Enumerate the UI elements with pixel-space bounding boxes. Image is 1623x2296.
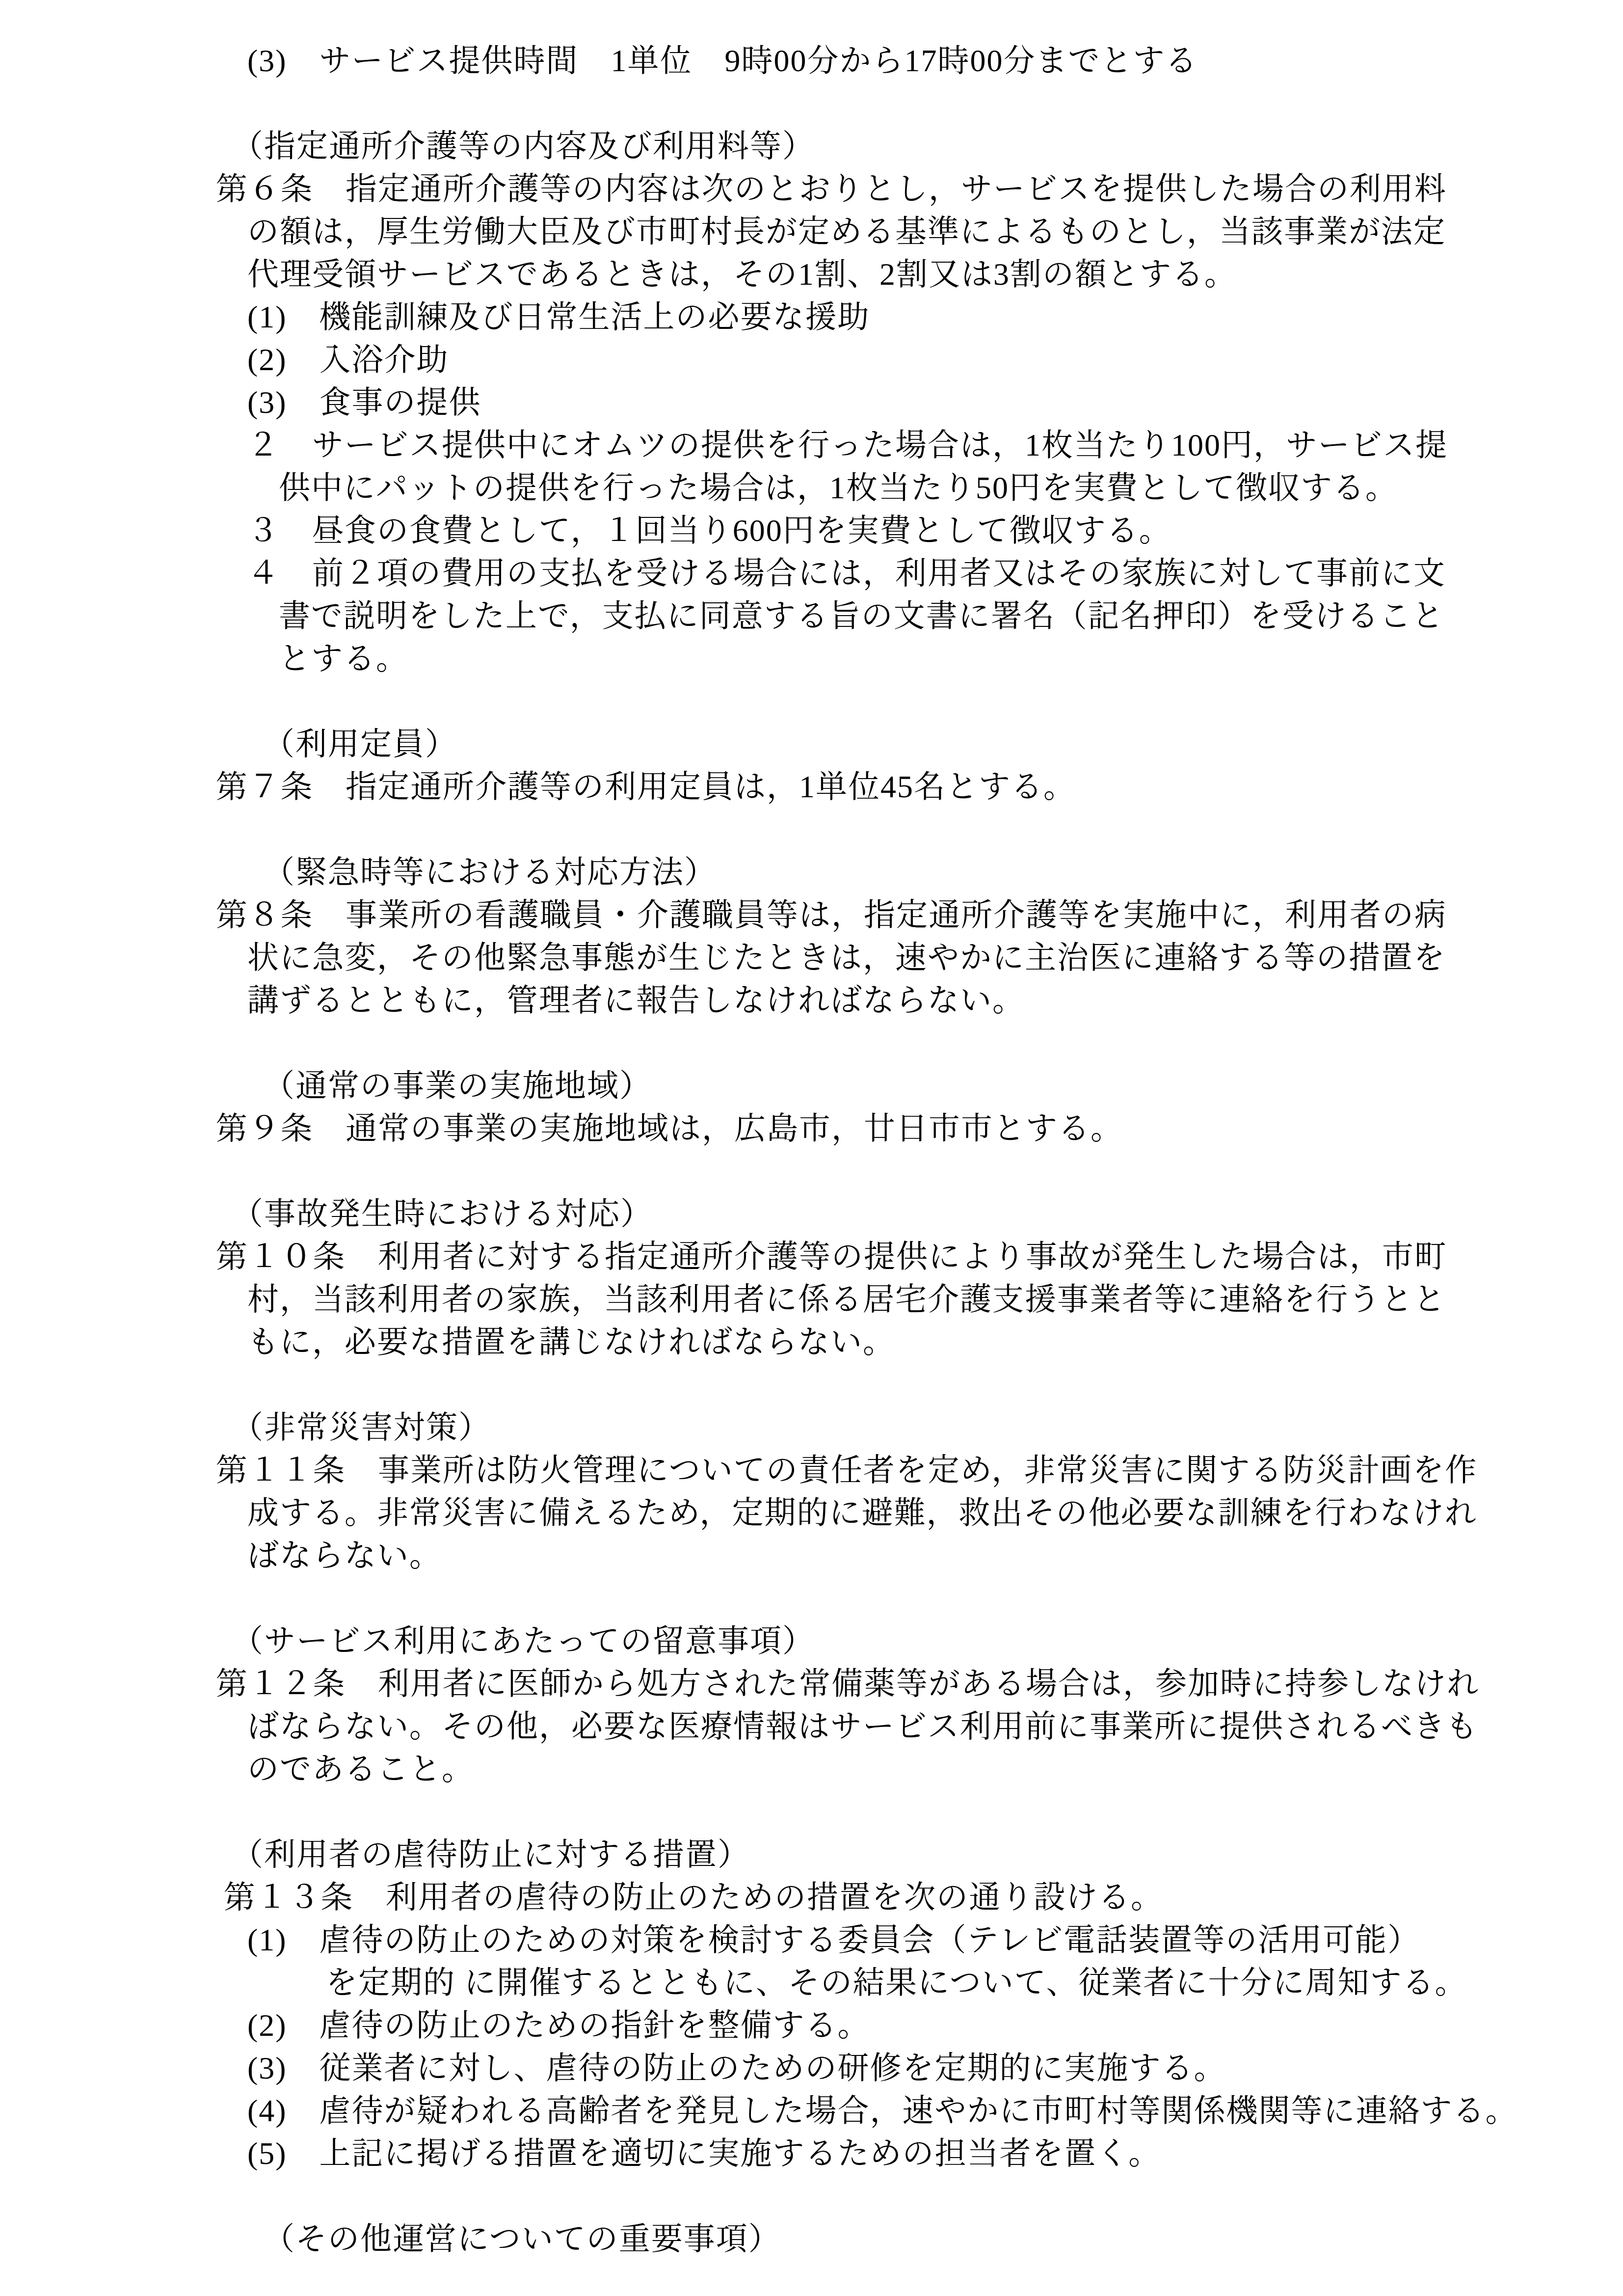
continuation-line: 村，当該利用者の家族，当該利用者に係る居宅介護支援事業者等に連絡を行うとと bbox=[216, 1278, 1481, 1321]
paragraph-3: ３ 昼食の食費として，１回当り600円を実費として徴収する。 bbox=[216, 509, 1481, 552]
blank-line bbox=[216, 1022, 1481, 1064]
article-line: 第６条 指定通所介護等の内容は次のとおりとし，サービスを提供した場合の利用料 bbox=[216, 167, 1481, 210]
document-body: (3) サービス提供時間 1単位 9時00分から17時00分までとする（指定通所… bbox=[216, 39, 1481, 2260]
list-item: (2) 入浴介助 bbox=[216, 338, 1481, 381]
blank-line bbox=[216, 1577, 1481, 1620]
continuation-line: もに，必要な措置を講じなければならない。 bbox=[216, 1321, 1481, 1363]
article-line: 第１２条 利用者に医師から処方された常備薬等がある場合は，参加時に持参しなけれ bbox=[216, 1662, 1481, 1705]
blank-line bbox=[216, 1150, 1481, 1192]
blank-line bbox=[216, 808, 1481, 851]
continuation-line: 講ずるとともに，管理者に報告しなければならない。 bbox=[216, 979, 1481, 1022]
continuation-line: ばならない。その他，必要な医療情報はサービス利用前に事業所に提供されるべきも bbox=[216, 1705, 1481, 1748]
list-item: (1) 虐待の防止のための対策を検討する委員会（テレビ電話装置等の活用可能） bbox=[216, 1918, 1481, 1961]
section-heading: （その他運営についての重要事項） bbox=[216, 2217, 1481, 2260]
blank-line bbox=[216, 82, 1481, 125]
paragraph-2: ２ サービス提供中にオムツの提供を行った場合は，1枚当たり100円，サービス提 bbox=[216, 424, 1481, 466]
list-item: (5) 上記に掲げる措置を適切に実施するための担当者を置く。 bbox=[216, 2132, 1481, 2175]
article-line: 第９条 通常の事業の実施地域は，広島市，廿日市市とする。 bbox=[216, 1107, 1481, 1150]
document-page: (3) サービス提供時間 1単位 9時00分から17時00分までとする（指定通所… bbox=[0, 0, 1623, 2296]
item-3-service-hours: (3) サービス提供時間 1単位 9時00分から17時00分までとする bbox=[216, 39, 1481, 82]
continuation-line: を定期的 に開催するとともに、その結果について、従業者に十分に周知する。 bbox=[216, 1961, 1481, 2004]
section-heading: （利用定員） bbox=[216, 723, 1481, 765]
blank-line bbox=[216, 680, 1481, 723]
continuation-line: ばならない。 bbox=[216, 1534, 1481, 1577]
section-heading: （事故発生時における対応） bbox=[216, 1192, 1481, 1235]
article-line: 第８条 事業所の看護職員・介護職員等は，指定通所介護等を実施中に，利用者の病 bbox=[216, 893, 1481, 936]
section-heading: （通常の事業の実施地域） bbox=[216, 1064, 1481, 1107]
section-heading: （サービス利用にあたっての留意事項） bbox=[216, 1620, 1481, 1662]
section-heading: （指定通所介護等の内容及び利用料等） bbox=[216, 125, 1481, 167]
continuation-line: の額は，厚生労働大臣及び市町村長が定める基準によるものとし，当該事業が法定 bbox=[216, 210, 1481, 253]
section-heading: （非常災害対策） bbox=[216, 1406, 1481, 1449]
blank-line bbox=[216, 1790, 1481, 1833]
article-line: 第１１条 事業所は防火管理についての責任者を定め，非常災害に関する防災計画を作 bbox=[216, 1449, 1481, 1491]
list-item: (3) 従業者に対し、虐待の防止のための研修を定期的に実施する。 bbox=[216, 2047, 1481, 2089]
continuation-line: 代理受領サービスであるときは，その1割、2割又は3割の額とする。 bbox=[216, 253, 1481, 296]
section-heading: （緊急時等における対応方法） bbox=[216, 851, 1481, 893]
continuation-line: とする。 bbox=[216, 637, 1481, 680]
section-heading: （利用者の虐待防止に対する措置） bbox=[216, 1833, 1481, 1876]
continuation-line: 供中にパットの提供を行った場合は，1枚当たり50円を実費として徴収する。 bbox=[216, 466, 1481, 509]
list-item: (2) 虐待の防止のための指針を整備する。 bbox=[216, 2004, 1481, 2047]
blank-line bbox=[216, 2175, 1481, 2217]
list-item: (1) 機能訓練及び日常生活上の必要な援助 bbox=[216, 296, 1481, 338]
continuation-line: 成する。非常災害に備えるため，定期的に避難，救出その他必要な訓練を行わなけれ bbox=[216, 1491, 1481, 1534]
list-item: (3) 食事の提供 bbox=[216, 381, 1481, 424]
paragraph-4: ４ 前２項の費用の支払を受ける場合には，利用者又はその家族に対して事前に文 bbox=[216, 552, 1481, 594]
list-item: (4) 虐待が疑われる高齢者を発見した場合，速やかに市町村等関係機関等に連絡する… bbox=[216, 2089, 1481, 2132]
blank-line bbox=[216, 1363, 1481, 1406]
continuation-line: のであること。 bbox=[216, 1748, 1481, 1790]
article-line: 第１３条 利用者の虐待の防止のための措置を次の通り設ける。 bbox=[216, 1876, 1481, 1918]
continuation-line: 状に急変，その他緊急事態が生じたときは，速やかに主治医に連絡する等の措置を bbox=[216, 936, 1481, 979]
article-line: 第１０条 利用者に対する指定通所介護等の提供により事故が発生した場合は，市町 bbox=[216, 1235, 1481, 1278]
continuation-line: 書で説明をした上で，支払に同意する旨の文書に署名（記名押印）を受けること bbox=[216, 594, 1481, 637]
article-line: 第７条 指定通所介護等の利用定員は，1単位45名とする。 bbox=[216, 765, 1481, 808]
